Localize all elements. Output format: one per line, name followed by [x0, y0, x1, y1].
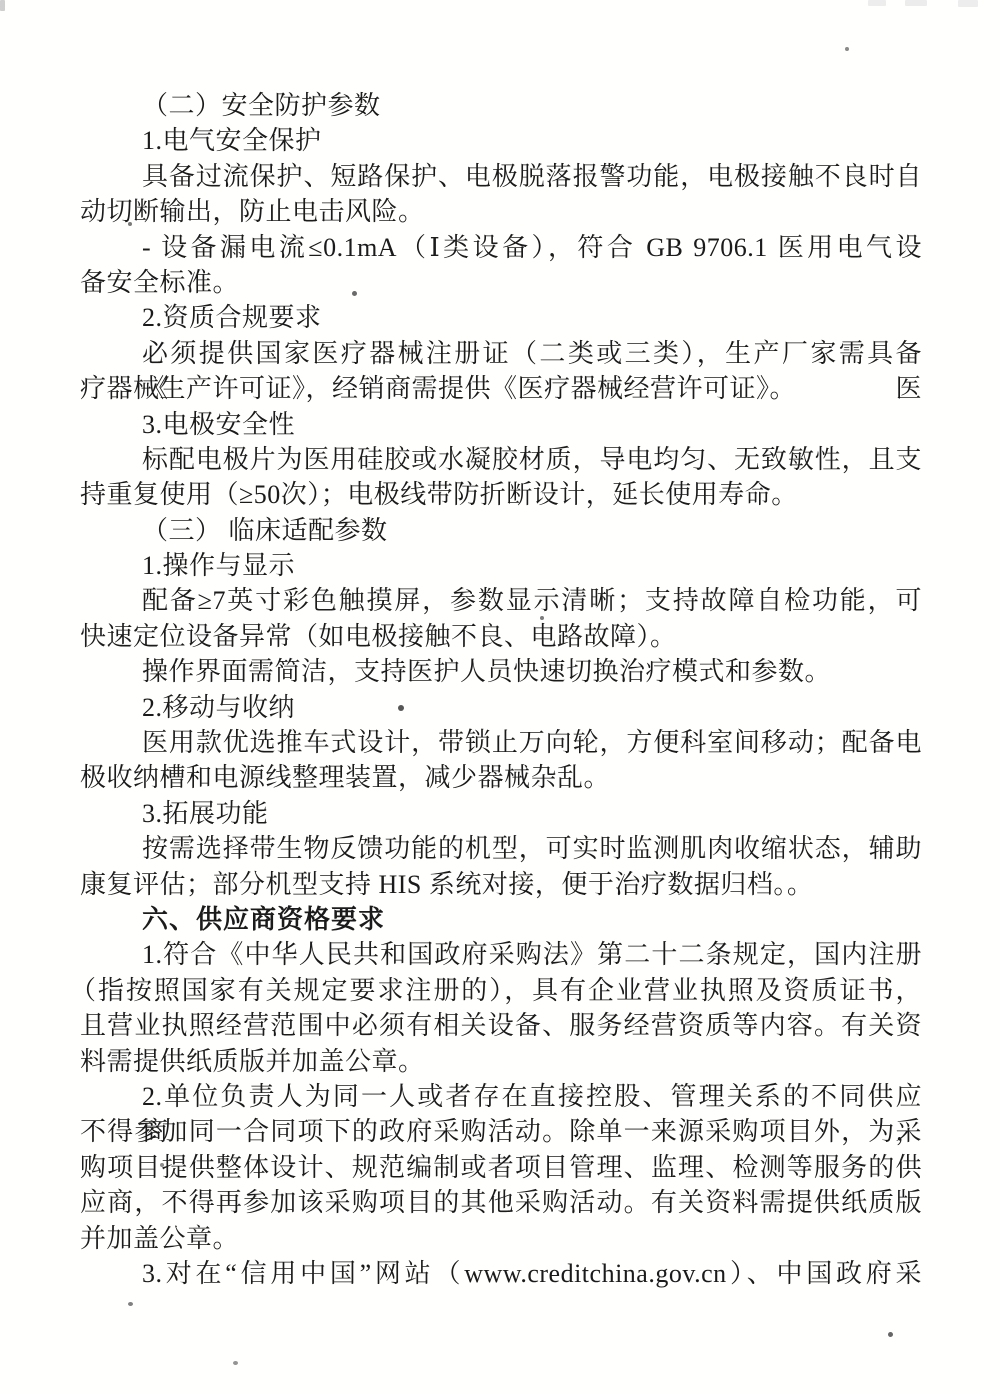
text-line: 医用款优选推车式设计，带锁止万向轮，方便科室间移动；配备电 — [80, 725, 922, 760]
scan-speck — [160, 1163, 164, 1167]
scan-speck — [888, 1332, 893, 1337]
scan-speck — [128, 1302, 133, 1306]
text-line: 3.对在“信用中国”网站（www.creditchina.gov.cn）、中国政… — [80, 1256, 922, 1291]
text-line: 持重复使用（≥50次）；电极线带防折断设计，延长使用寿命。 — [80, 477, 922, 512]
text-line: 不得参加同一合同项下的政府采购活动。除单一来源采购项目外，为采 — [80, 1114, 922, 1149]
text-line: 必须提供国家医疗器械注册证（二类或三类），生产厂家需具备《医 — [80, 336, 922, 371]
text-line: 应商，不得再参加该采购项目的其他采购活动。有关资料需提供纸质版 — [80, 1185, 922, 1220]
text-line: 操作界面需简洁，支持医护人员快速切换治疗模式和参数。 — [80, 654, 922, 689]
scan-speck — [398, 705, 404, 711]
text-line: 快速定位设备异常（如电极接触不良、电路故障）。 — [80, 619, 922, 654]
text-line: 具备过流保护、短路保护、电极脱落报警功能，电极接触不良时自 — [80, 159, 922, 194]
text-line: - 设备漏电流≤0.1mA（Ⅰ类设备），符合 GB 9706.1 医用电气设 — [80, 230, 922, 265]
scan-edge-mark — [0, 0, 5, 11]
scanned-page: （二）安全防护参数1.电气安全保护具备过流保护、短路保护、电极脱落报警功能，电极… — [0, 0, 1000, 1394]
text-line: 康复评估；部分机型支持 HIS 系统对接，便于治疗数据归档。。 — [80, 867, 922, 902]
text-line: 料需提供纸质版并加盖公章。 — [80, 1044, 922, 1079]
text-line: （二）安全防护参数 — [80, 88, 922, 123]
text-line: 1.符合《中华人民共和国政府采购法》第二十二条规定，国内注册 — [80, 937, 922, 972]
text-line: 按需选择带生物反馈功能的机型，可实时监测肌肉收缩状态，辅助 — [80, 831, 922, 866]
text-line: 且营业执照经营范围中必须有相关设备、服务经营资质等内容。有关资 — [80, 1008, 922, 1043]
scan-speck — [233, 1361, 238, 1365]
scan-speck — [128, 222, 132, 226]
text-line: 1.电气安全保护 — [80, 123, 922, 158]
text-line: 配备≥7英寸彩色触摸屏，参数显示清晰；支持故障自检功能，可 — [80, 583, 922, 618]
document-body: （二）安全防护参数1.电气安全保护具备过流保护、短路保护、电极脱落报警功能，电极… — [80, 88, 922, 1291]
section-heading-line: 六、供应商资格要求 — [80, 902, 922, 937]
text-line: 1.操作与显示 — [80, 548, 922, 583]
text-line: 疗器械生产许可证》，经销商需提供《医疗器械经营许可证》。 — [80, 371, 922, 406]
text-line: （指按照国家有关规定要求注册的），具有企业营业执照及资质证书， — [70, 973, 922, 1008]
text-line: 并加盖公章。 — [80, 1221, 922, 1256]
text-line: （三） 临床适配参数 — [80, 513, 922, 548]
text-line: 极收纳槽和电源线整理装置，减少器械杂乱。 — [80, 760, 922, 795]
text-line: 购项目提供整体设计、规范编制或者项目管理、监理、检测等服务的供 — [80, 1150, 922, 1185]
scan-edge-mark — [868, 0, 886, 6]
scan-speck — [845, 47, 849, 51]
text-line: 标配电极片为医用硅胶或水凝胶材质，导电均匀、无致敏性，且支 — [80, 442, 922, 477]
scan-speck — [540, 616, 544, 620]
scan-edge-mark — [905, 0, 927, 6]
text-line: 备安全标准。 — [80, 265, 922, 300]
text-line: 2.资质合规要求 — [80, 300, 922, 335]
text-line: 3.拓展功能 — [80, 796, 922, 831]
text-line: 2.移动与收纳 — [80, 690, 922, 725]
text-line: 动切断输出，防止电击风险。 — [80, 194, 922, 229]
text-line: 2.单位负责人为同一人或者存在直接控股、管理关系的不同供应商， — [80, 1079, 922, 1114]
scan-speck — [352, 291, 357, 296]
text-line: 3.电极安全性 — [80, 407, 922, 442]
scan-edge-mark — [958, 0, 978, 7]
